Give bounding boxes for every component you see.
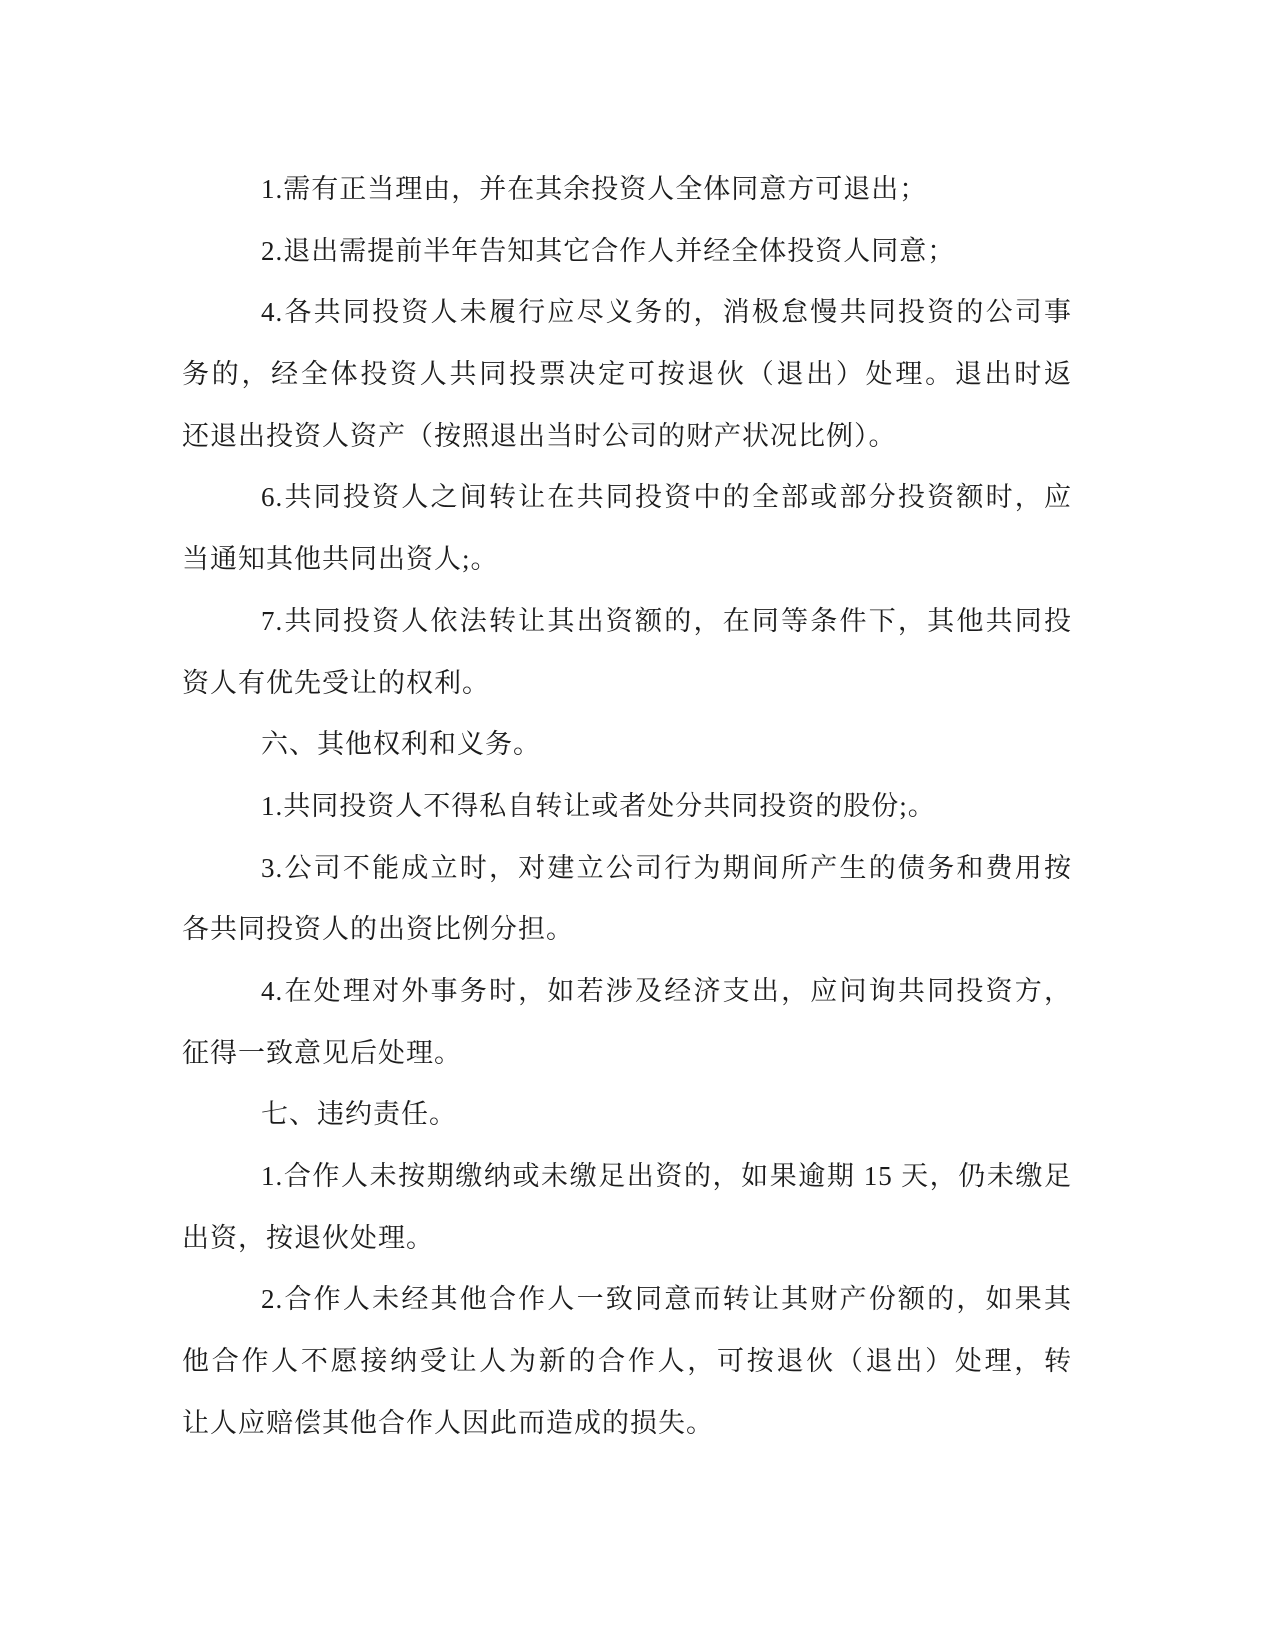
text-line: 1.需有正当理由，并在其余投资人全体同意方可退出； bbox=[182, 159, 1072, 221]
text-line: 让人应赔偿其他合作人因此而造成的损失。 bbox=[182, 1393, 1072, 1455]
text-line: 务的，经全体投资人共同投票决定可按退伙（退出）处理。退出时返 bbox=[182, 344, 1072, 406]
text-line: 出资，按退伙处理。 bbox=[182, 1208, 1072, 1270]
text-line: 他合作人不愿接纳受让人为新的合作人，可按退伙（退出）处理，转 bbox=[182, 1331, 1072, 1393]
text-line: 征得一致意见后处理。 bbox=[182, 1023, 1072, 1085]
text-line: 4.在处理对外事务时，如若涉及经济支出，应问询共同投资方， bbox=[182, 961, 1072, 1023]
text-line: 6.共同投资人之间转让在共同投资中的全部或部分投资额时，应 bbox=[182, 467, 1072, 529]
text-line: 六、其他权利和义务。 bbox=[182, 714, 1072, 776]
text-line: 2.退出需提前半年告知其它合作人并经全体投资人同意； bbox=[182, 221, 1072, 283]
document-page: 1.需有正当理由，并在其余投资人全体同意方可退出；2.退出需提前半年告知其它合作… bbox=[0, 0, 1275, 1650]
text-line: 1.共同投资人不得私自转让或者处分共同投资的股份;。 bbox=[182, 776, 1072, 838]
text-line: 1.合作人未按期缴纳或未缴足出资的，如果逾期 15 天，仍未缴足 bbox=[182, 1146, 1072, 1208]
text-line: 各共同投资人的出资比例分担。 bbox=[182, 899, 1072, 961]
text-line: 资人有优先受让的权利。 bbox=[182, 653, 1072, 715]
text-line: 3.公司不能成立时，对建立公司行为期间所产生的债务和费用按 bbox=[182, 838, 1072, 900]
text-line: 还退出投资人资产（按照退出当时公司的财产状况比例）。 bbox=[182, 406, 1072, 468]
text-line: 七、违约责任。 bbox=[182, 1084, 1072, 1146]
document-body: 1.需有正当理由，并在其余投资人全体同意方可退出；2.退出需提前半年告知其它合作… bbox=[182, 159, 1072, 1454]
text-line: 当通知其他共同出资人;。 bbox=[182, 529, 1072, 591]
text-line: 2.合作人未经其他合作人一致同意而转让其财产份额的，如果其 bbox=[182, 1269, 1072, 1331]
text-line: 7.共同投资人依法转让其出资额的，在同等条件下，其他共同投 bbox=[182, 591, 1072, 653]
text-line: 4.各共同投资人未履行应尽义务的，消极怠慢共同投资的公司事 bbox=[182, 282, 1072, 344]
